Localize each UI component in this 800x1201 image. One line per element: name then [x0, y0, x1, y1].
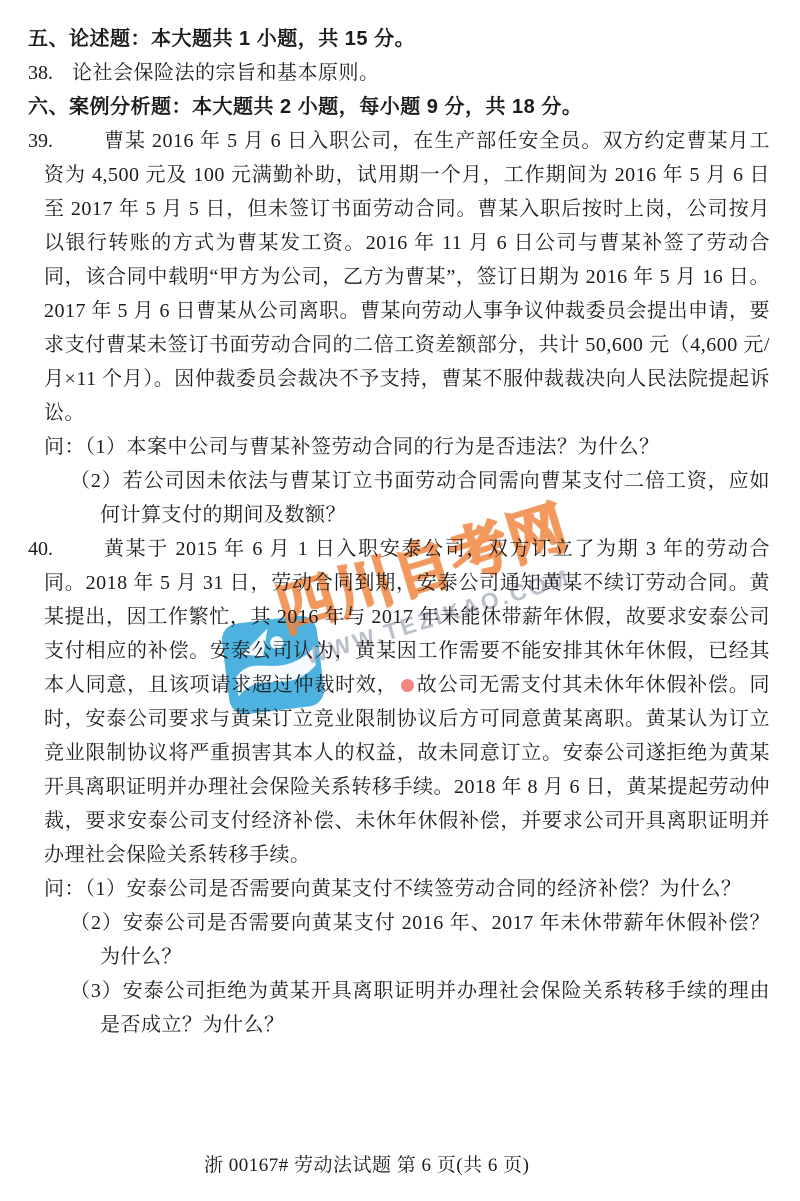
question-40-case-text-part2: 故公司无需支付其未休年休假补偿。同时，安泰公司要求与黄某订立竞业限制协议后方可同…	[44, 674, 770, 866]
question-38: 38. 论社会保险法的宗旨和基本原则。	[44, 56, 770, 90]
question-40-ask-1: 问：（1）安泰公司是否需要向黄某支付不续签劳动合同的经济补偿？为什么？	[44, 872, 770, 906]
page-footer: 浙 00167# 劳动法试题 第 6 页(共 6 页)	[204, 1150, 529, 1177]
question-40-number: 40.	[28, 532, 53, 566]
exam-content: 五、论述题：本大题共 1 小题，共 15 分。 38. 论社会保险法的宗旨和基本…	[0, 0, 800, 1042]
question-39: 39. 曹某 2016 年 5 月 6 日入职公司，在生产部任安全员。双方约定曹…	[44, 124, 770, 532]
section-essay-heading: 五、论述题：本大题共 1 小题，共 15 分。	[28, 22, 770, 56]
question-40-ask-3: （3）安泰公司拒绝为黄某开具离职证明并办理社会保险关系转移手续的理由是否成立？为…	[70, 974, 770, 1042]
question-38-text: 论社会保险法的宗旨和基本原则。	[44, 56, 770, 90]
exam-paper-page: 四川自考网 WWW.TEZIKAO.COM 五、论述题：本大题共 1 小题，共 …	[0, 0, 800, 1201]
question-40-case-text-part1: 黄某于 2015 年 6 月 1 日入职安泰公司，双方订立了为期 3 年的劳动合…	[44, 538, 770, 696]
question-40-case-text: 黄某于 2015 年 6 月 1 日入职安泰公司，双方订立了为期 3 年的劳动合…	[44, 532, 770, 872]
question-40: 40. 黄某于 2015 年 6 月 1 日入职安泰公司，双方订立了为期 3 年…	[44, 532, 770, 1042]
question-40-ask-2: （2）安泰公司是否需要向黄某支付 2016 年、2017 年未休带薪年休假补偿？…	[70, 906, 770, 974]
question-38-number: 38.	[28, 56, 53, 90]
section-case-analysis-heading: 六、案例分析题：本大题共 2 小题，每小题 9 分，共 18 分。	[28, 90, 770, 124]
question-39-ask-1: 问：（1）本案中公司与曹某补签劳动合同的行为是否违法？为什么？	[44, 430, 770, 464]
red-dot-marker	[401, 679, 414, 692]
question-39-case-text: 曹某 2016 年 5 月 6 日入职公司，在生产部任安全员。双方约定曹某月工资…	[44, 124, 770, 430]
question-39-number: 39.	[28, 124, 53, 158]
question-39-ask-2: （2）若公司因未依法与曹某订立书面劳动合同需向曹某支付二倍工资，应如何计算支付的…	[70, 464, 770, 532]
